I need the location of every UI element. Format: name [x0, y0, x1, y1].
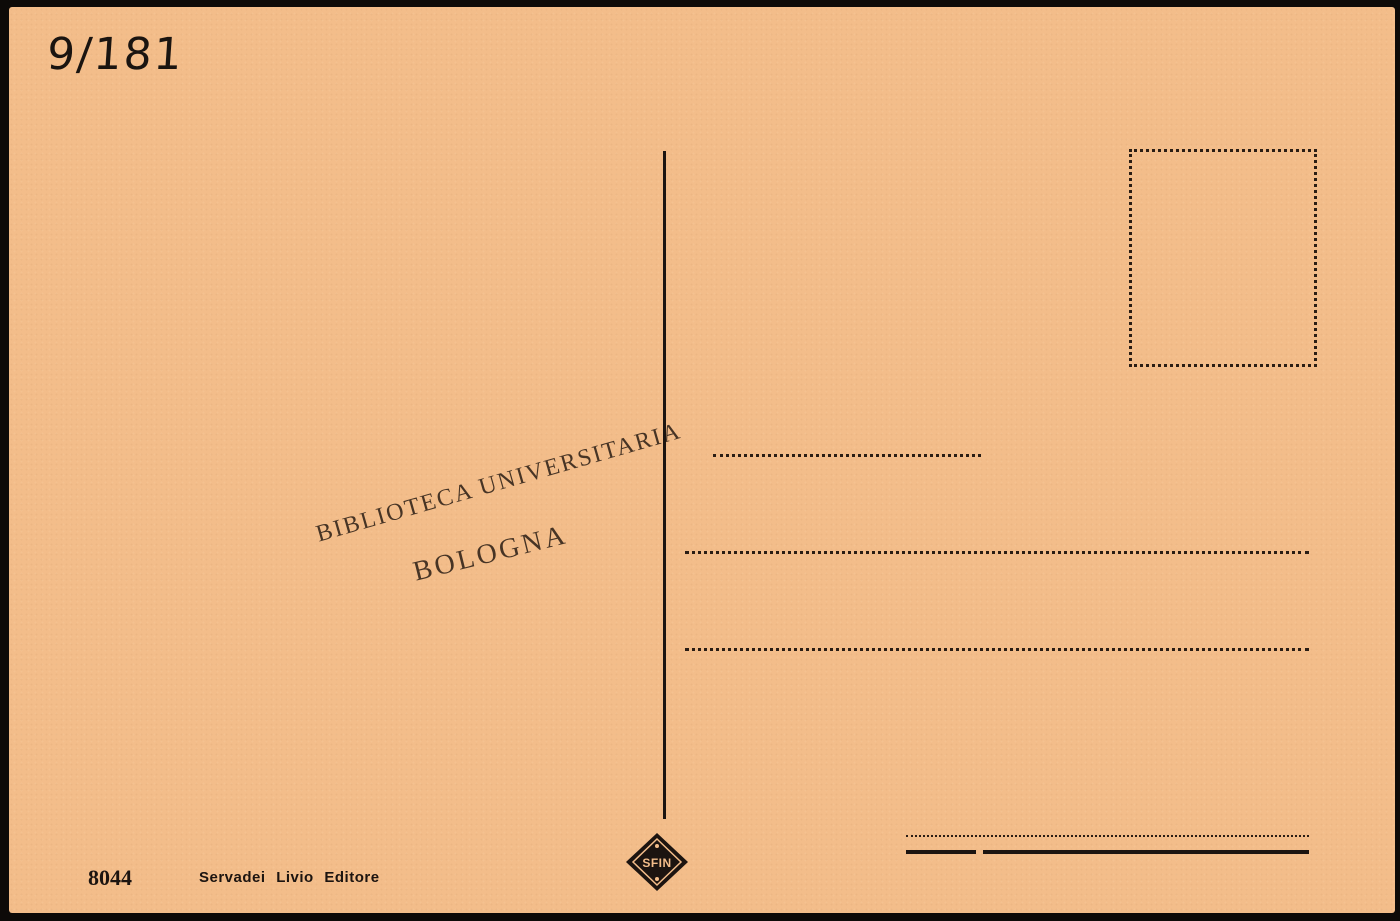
printer-logo-icon: SFIN — [625, 832, 689, 892]
publisher-imprint: Servadei Livio Editore — [199, 869, 380, 886]
address-line-2 — [685, 551, 1309, 554]
address-line-3 — [685, 648, 1309, 651]
postcard-back: 9/181 BIBLIOTECA UNIVERSITARIA BOLOGNA 8… — [9, 7, 1395, 913]
library-stamp-line1: BIBLIOTECA UNIVERSITARIA — [313, 418, 685, 548]
address-line-1 — [713, 454, 981, 457]
address-underline-long — [983, 850, 1309, 854]
address-line-4 — [906, 835, 1309, 837]
library-ownership-stamp: BIBLIOTECA UNIVERSITARIA BOLOGNA — [309, 462, 669, 632]
library-stamp-line2: BOLOGNA — [410, 519, 571, 588]
catalog-number: 8044 — [88, 865, 132, 891]
address-underline-short — [906, 850, 976, 854]
center-divider-line — [663, 151, 666, 819]
svg-text:SFIN: SFIN — [642, 856, 671, 870]
handwritten-inventory-number: 9/181 — [45, 29, 185, 80]
postage-stamp-area — [1129, 149, 1317, 367]
